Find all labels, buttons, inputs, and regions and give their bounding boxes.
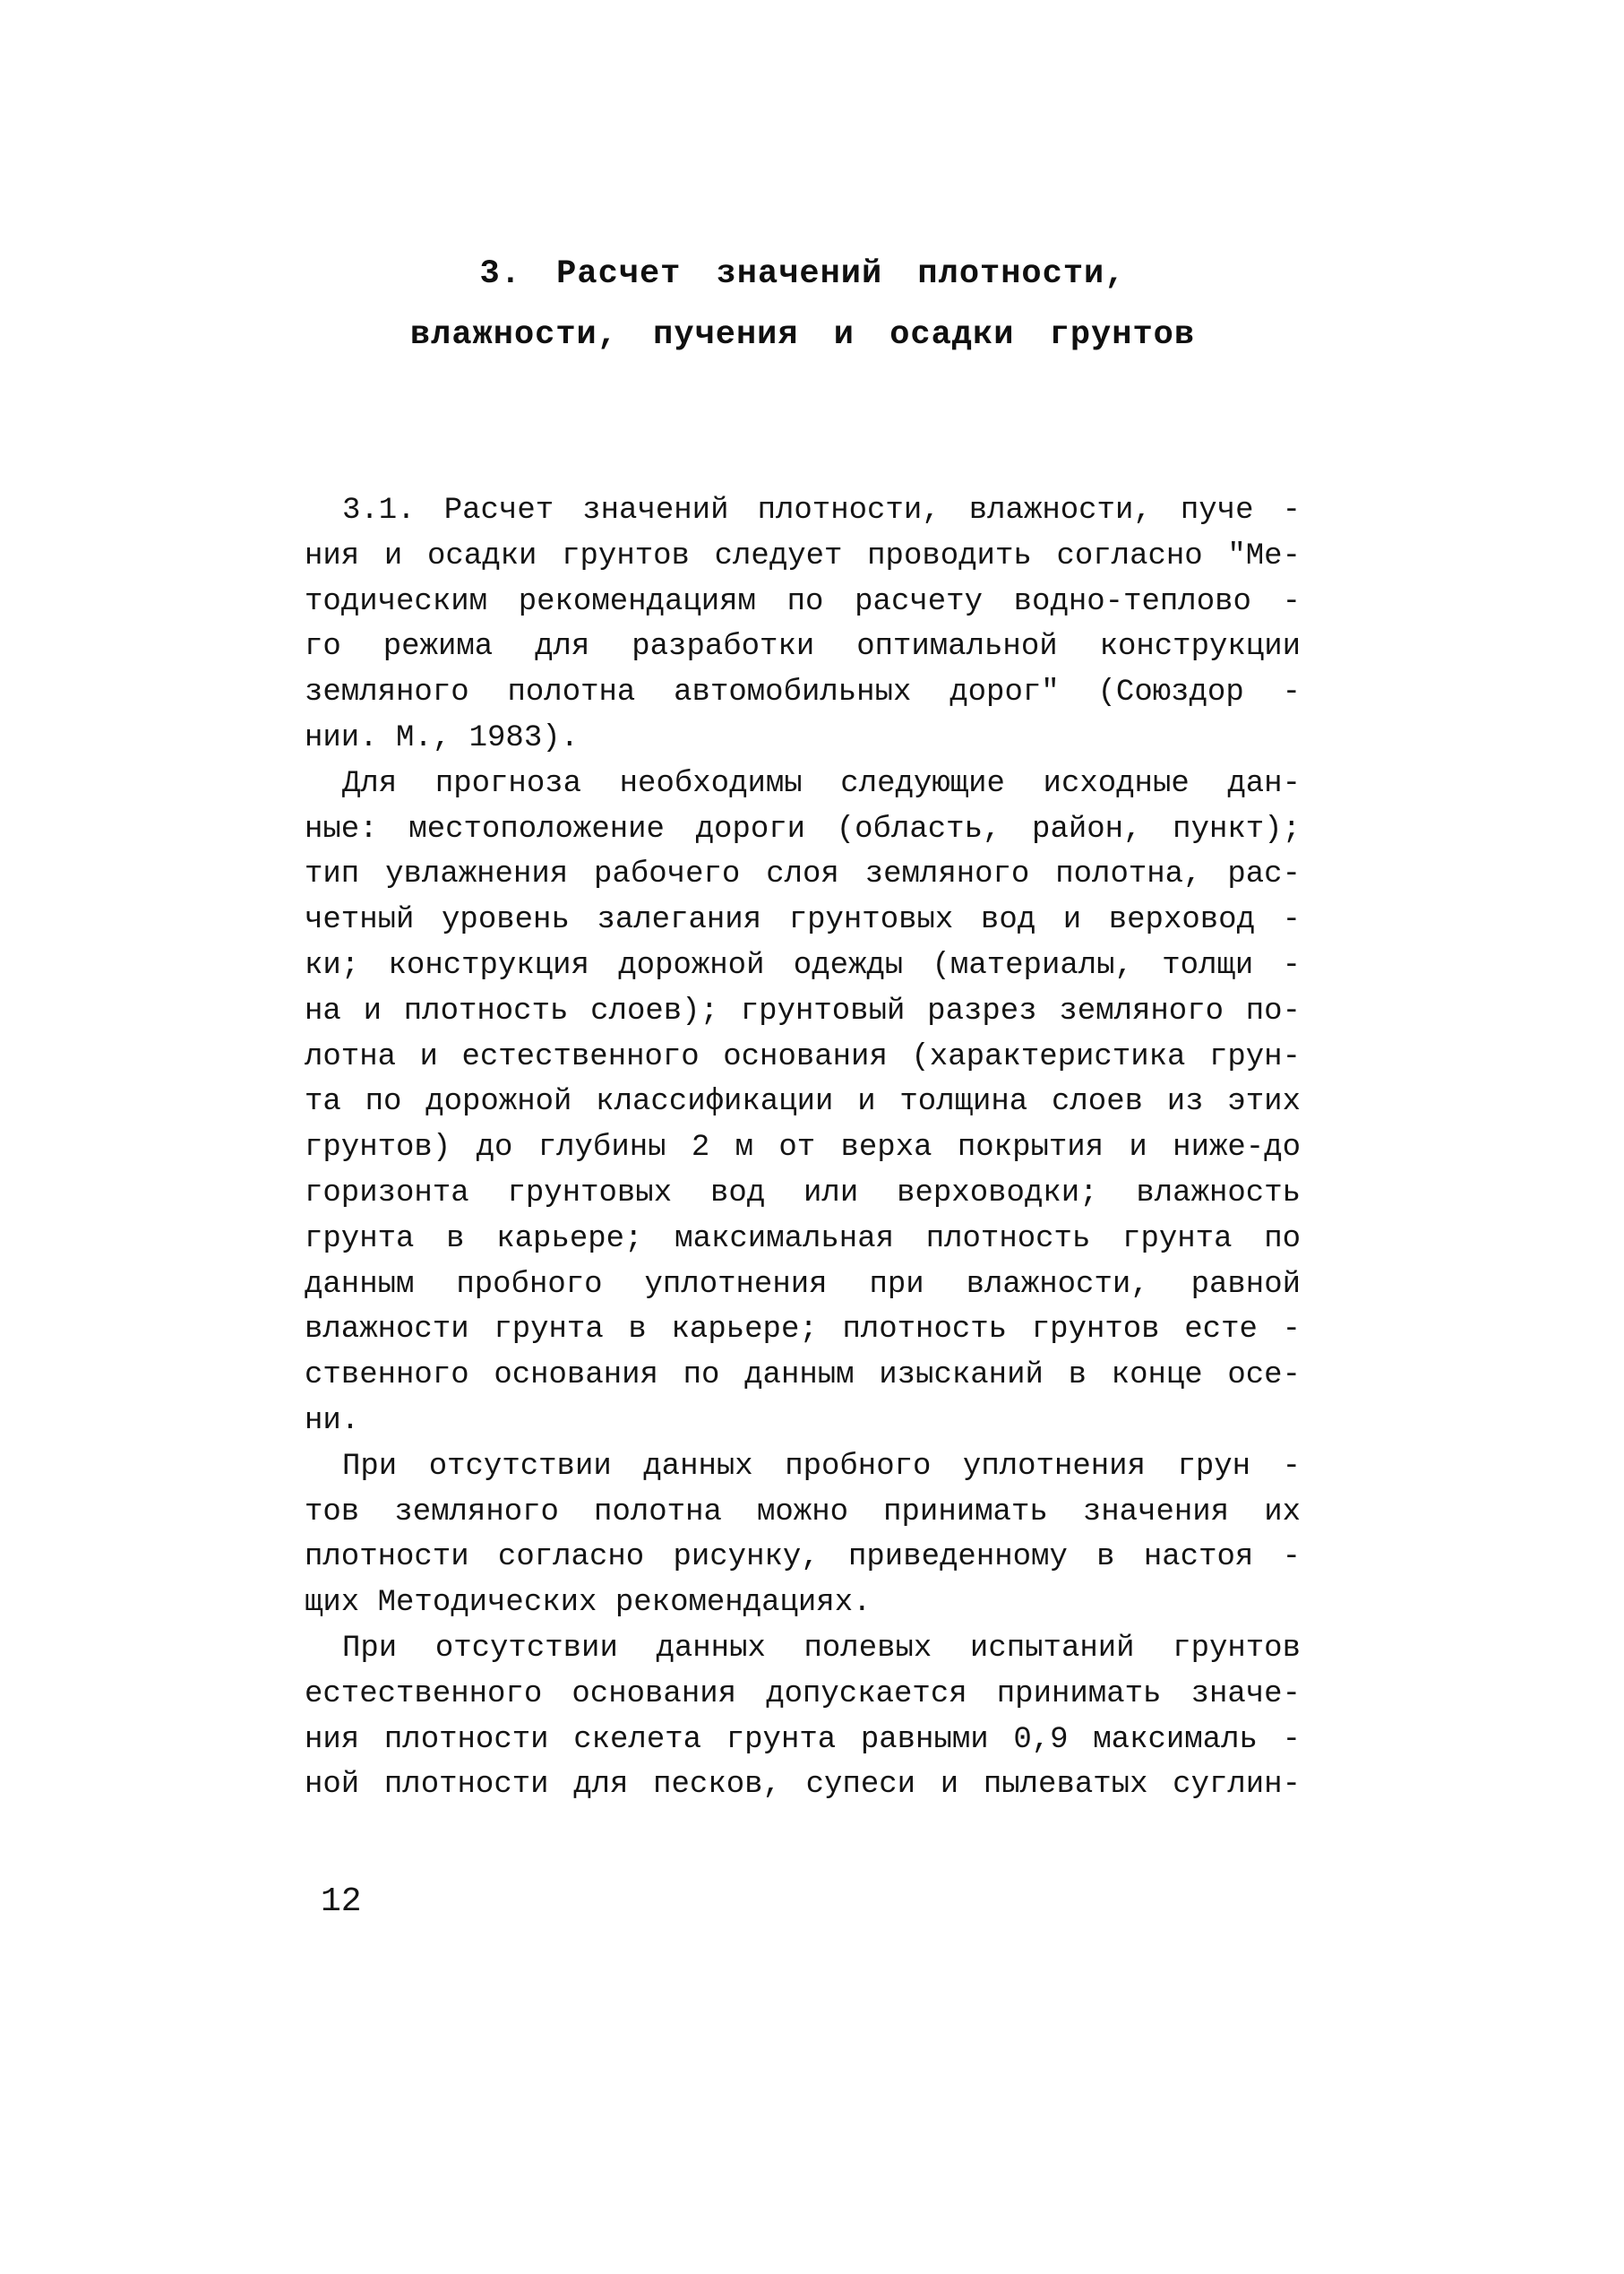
text-line: нии. М., 1983). [305, 716, 1301, 762]
text-line: данным пробного уплотнения при влажности… [305, 1262, 1301, 1308]
text-line: ные: местоположение дороги (область, рай… [305, 807, 1301, 853]
section-heading: 3. Расчет значений плотности, влажности,… [305, 244, 1301, 366]
paragraph: Для прогноза необходимы следующие исходн… [305, 762, 1301, 1444]
section-heading-line2: влажности, пучения и осадки грунтов [305, 305, 1301, 366]
text-line: грунта в карьере; максимальная плотность… [305, 1217, 1301, 1262]
text-line: ни. [305, 1399, 1301, 1444]
text-line: ния плотности скелета грунта равными 0,9… [305, 1718, 1301, 1763]
page-number: 12 [321, 1880, 362, 1925]
text-line: тип увлажнения рабочего слоя земляного п… [305, 852, 1301, 898]
text-line: ственного основания по данным изысканий … [305, 1353, 1301, 1399]
text-line: ния и осадки грунтов следует проводить с… [305, 534, 1301, 580]
text-line: та по дорожной классификации и толщина с… [305, 1080, 1301, 1125]
text-line: При отсутствии данных полевых испытаний … [305, 1626, 1301, 1672]
text-line: го режима для разработки оптимальной кон… [305, 624, 1301, 670]
document-page: 3. Расчет значений плотности, влажности,… [0, 0, 1624, 2274]
text-line: лотна и естественного основания (характе… [305, 1035, 1301, 1081]
text-line: 3.1. Расчет значений плотности, влажност… [305, 488, 1301, 534]
paragraph: При отсутствии данных полевых испытаний … [305, 1626, 1301, 1808]
text-line: влажности грунта в карьере; плотность гр… [305, 1307, 1301, 1353]
text-line: плотности согласно рисунку, приведенному… [305, 1535, 1301, 1581]
text-line: ной плотности для песков, супеси и пылев… [305, 1762, 1301, 1808]
text-line: тов земляного полотна можно принимать зн… [305, 1490, 1301, 1536]
text-line: тодическим рекомендациям по расчету водн… [305, 580, 1301, 625]
text-line: естественного основания допускается прин… [305, 1672, 1301, 1718]
section-heading-line1: 3. Расчет значений плотности, [305, 244, 1301, 305]
text-line: Для прогноза необходимы следующие исходн… [305, 762, 1301, 807]
text-line: ки; конструкция дорожной одежды (материа… [305, 943, 1301, 989]
text-line: горизонта грунтовых вод или верховодки; … [305, 1171, 1301, 1217]
paragraph: 3.1. Расчет значений плотности, влажност… [305, 488, 1301, 762]
text-line: четный уровень залегания грунтовых вод и… [305, 898, 1301, 943]
paragraph: При отсутствии данных пробного уплотнени… [305, 1444, 1301, 1626]
text-line: При отсутствии данных пробного уплотнени… [305, 1444, 1301, 1490]
text-line: земляного полотна автомобильных дорог″ (… [305, 670, 1301, 716]
body-text: 3.1. Расчет значений плотности, влажност… [305, 488, 1301, 1808]
text-line: на и плотность слоев); грунтовый разрез … [305, 989, 1301, 1035]
text-line: грунтов) до глубины 2 м от верха покрыти… [305, 1125, 1301, 1171]
text-line: щих Методических рекомендациях. [305, 1581, 1301, 1626]
